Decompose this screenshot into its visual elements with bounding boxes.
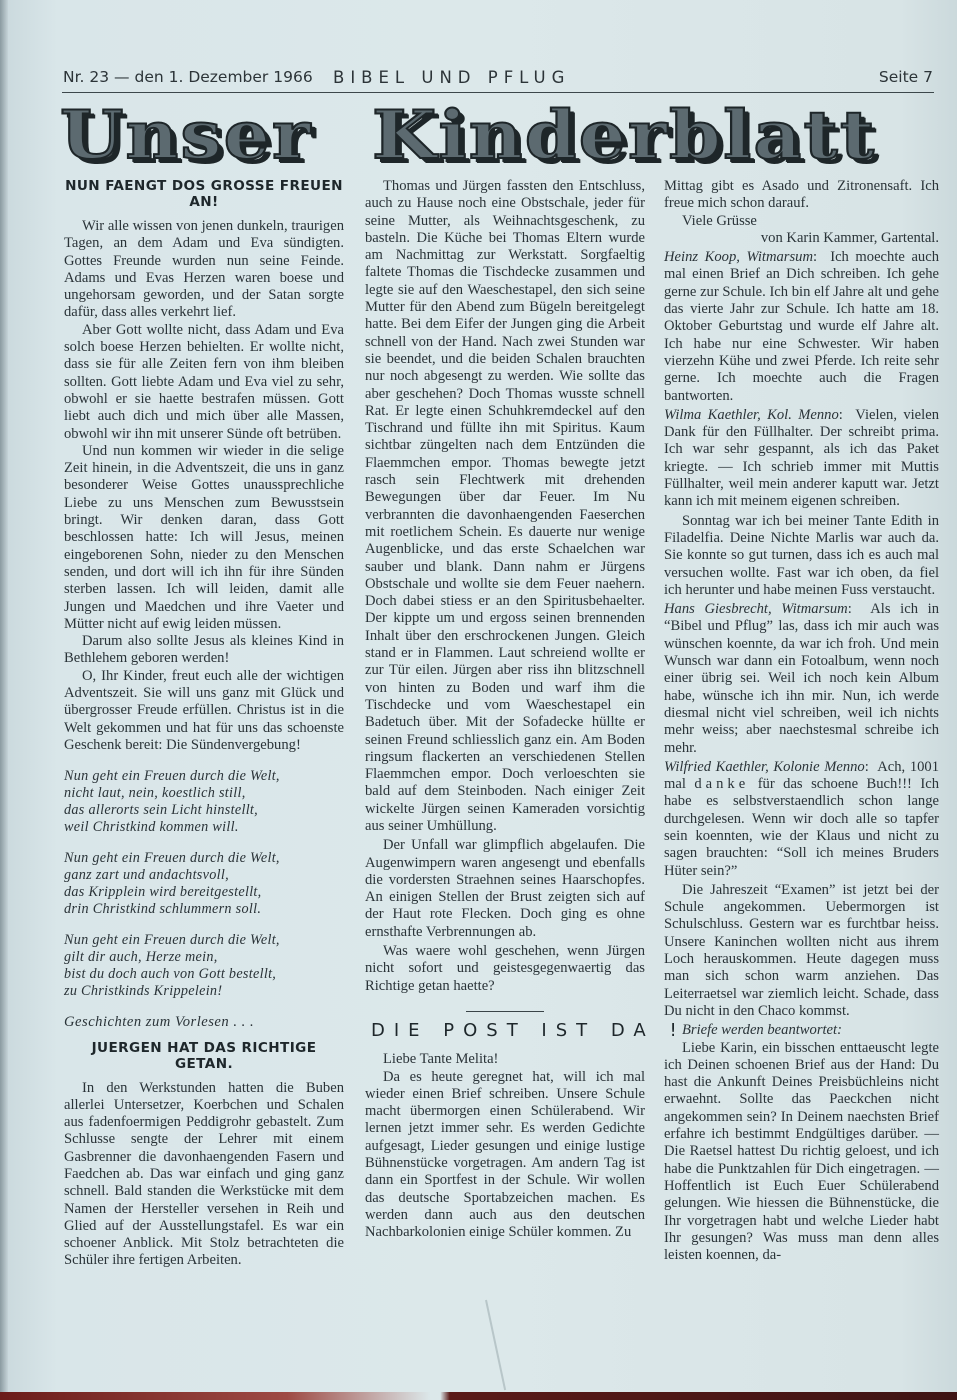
paper-crease <box>485 1300 506 1390</box>
paragraph: Aber Gott wollte nicht, dass Adam und Ev… <box>64 322 344 443</box>
poem-line: Nun geht ein Freuen durch die Welt, <box>64 850 344 867</box>
answers-heading: Briefe werden beantwortet: <box>664 1022 939 1039</box>
paragraph: Wir alle wissen von jenen dunkeln, traur… <box>64 218 344 322</box>
paragraph: Thomas und Jürgen fassten den Entschluss… <box>365 178 645 835</box>
letter-text: Ich moechte auch mal einen Brief an Dich… <box>664 249 939 403</box>
post-section-title: DIE POST IST DA ! <box>371 1022 645 1039</box>
reader-letter: Wilfried Kaethler, Kolonie Menno: Ach, 1… <box>664 759 939 880</box>
letter-author: Hans Giesbrecht, Witmarsum <box>664 601 848 617</box>
spaced-word: danke <box>694 776 749 792</box>
letter-text: Als ich in “Bibel und Pflug” las, dass i… <box>664 601 939 755</box>
page-binding-edge <box>0 0 8 1400</box>
story-headline: JUERGEN HAT DAS RICHTIGE GETAN. <box>64 1040 344 1072</box>
poem-line: zu Christkinds Krippelein! <box>64 983 344 1000</box>
poem-stanza-2: Nun geht ein Freuen durch die Welt, ganz… <box>64 850 344 918</box>
poem-line: bist du doch auch von Gott bestellt, <box>64 966 344 983</box>
paragraph: Sonntag war ich bei meiner Tante Edith i… <box>664 513 939 599</box>
reader-letter: Hans Giesbrecht, Witmarsum: Als ich in “… <box>664 601 939 757</box>
poem-stanza-3: Nun geht ein Freuen durch die Welt, gilt… <box>64 932 344 1000</box>
poem-line: Nun geht ein Freuen durch die Welt, <box>64 768 344 785</box>
poem-stanza-1: Nun geht ein Freuen durch die Welt, nich… <box>64 768 344 836</box>
poem-line: das allerorts sein Licht hinstellt, <box>64 802 344 819</box>
article-headline: NUN FAENGT DOS GROSSE FREUEN AN! <box>64 178 344 210</box>
page-bottom-edge <box>0 1392 957 1400</box>
letter-author: Heinz Koop, Witmarsum <box>664 249 813 265</box>
paragraph: O, Ihr Kinder, freut euch alle der wicht… <box>64 668 344 754</box>
poem-line: weil Christkind kommen will. <box>64 819 344 836</box>
letter-greeting: Viele Grüsse <box>664 213 939 230</box>
column-1: NUN FAENGT DOS GROSSE FREUEN AN! Wir all… <box>64 178 344 1270</box>
paragraph: In den Werkstunden hatten die Buben alle… <box>64 1080 344 1270</box>
letter-author: Wilma Kaethler, Kol. Menno <box>664 407 839 423</box>
poem-line: ganz zart und andachtsvoll, <box>64 867 344 884</box>
letter-end: Mittag gibt es Asado und Zitronensaft. I… <box>664 178 939 213</box>
reader-letter: Wilma Kaethler, Kol. Menno: Vielen, viel… <box>664 407 939 511</box>
poem-line: gilt dir auch, Herze mein, <box>64 949 344 966</box>
letter-signature: von Karin Kammer, Gartental. <box>664 230 939 247</box>
page-number: Seite 7 <box>879 68 933 86</box>
section-divider <box>466 1011 544 1012</box>
banner-word-2: Kinderblatt <box>372 96 876 174</box>
poem-line: drin Christkind schlummern soll. <box>64 901 344 918</box>
newspaper-page: Nr. 23 — den 1. Dezember 1966 BIBEL UND … <box>0 0 957 1400</box>
poem-line: das Kripplein wird bereitgestellt, <box>64 884 344 901</box>
poem-line: nicht laut, nein, koestlich still, <box>64 785 344 802</box>
paragraph: Was waere wohl geschehen, wenn Jürgen ni… <box>365 943 645 995</box>
paragraph: Darum also sollte Jesus als kleines Kind… <box>64 633 344 668</box>
poem-line: Nun geht ein Freuen durch die Welt, <box>64 932 344 949</box>
banner-word-1: Unser <box>60 96 312 174</box>
masthead: BIBEL UND PFLUG <box>333 68 570 87</box>
reader-letter: Heinz Koop, Witmarsum: Ich moechte auch … <box>664 249 939 405</box>
issue-date: Nr. 23 — den 1. Dezember 1966 <box>63 68 313 86</box>
column-2: Thomas und Jürgen fassten den Entschluss… <box>365 178 645 1242</box>
story-kicker: Geschichten zum Vorlesen . . . <box>64 1014 344 1031</box>
column-3: Mittag gibt es Asado und Zitronensaft. I… <box>664 178 939 1264</box>
paragraph: Und nun kommen wir wieder in die selige … <box>64 443 344 633</box>
page-header: Nr. 23 — den 1. Dezember 1966 BIBEL UND … <box>63 68 933 92</box>
paragraph: Der Unfall war glimpflich abgelaufen. Di… <box>365 837 645 941</box>
letter-salutation: Liebe Tante Melita! <box>365 1051 645 1068</box>
letter-author: Wilfried Kaethler, Kolonie Menno <box>664 759 865 775</box>
header-rule <box>62 92 934 93</box>
letter-body: Da es heute geregnet hat, will ich mal w… <box>365 1069 645 1242</box>
paragraph: Die Jahreszeit “Examen” ist jetzt bei de… <box>664 882 939 1020</box>
section-banner-title: Unser Kinderblatt <box>60 96 940 174</box>
answer-paragraph: Liebe Karin, ein bisschen enttaeuscht le… <box>664 1040 939 1265</box>
